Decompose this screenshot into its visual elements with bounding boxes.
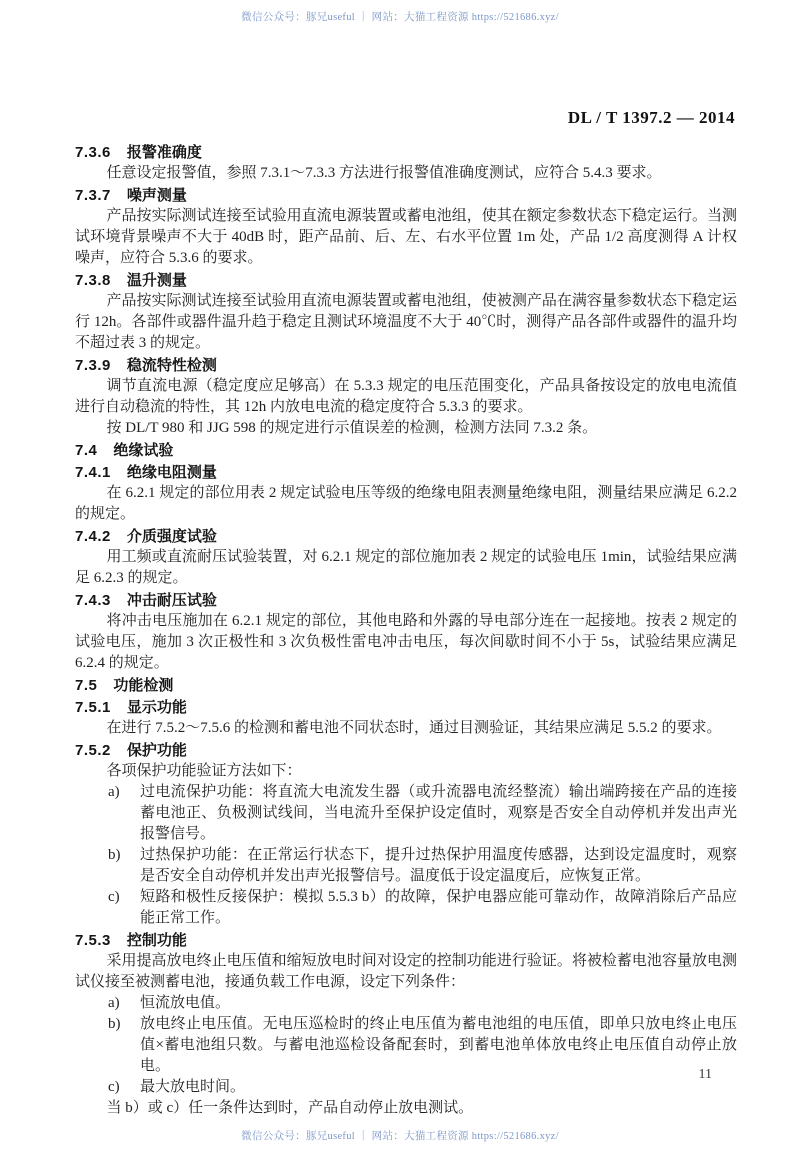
list-item-label: c) xyxy=(108,887,120,908)
section-number: 7.4.1 xyxy=(75,464,111,481)
list-item-label: b) xyxy=(108,845,121,866)
list-item-text: 最大放电时间。 xyxy=(140,1079,245,1095)
document-body: 7.3.6报警准确度任意设定报警值，参照 7.3.1～7.3.3 方法进行报警值… xyxy=(75,141,737,1119)
paragraph: 在进行 7.5.2～7.5.6 的检测和蓄电池不同状态时，通过目测验证，其结果应… xyxy=(75,718,737,739)
section-heading: 7.5功能检测 xyxy=(75,674,737,696)
section-number: 7.5.1 xyxy=(75,699,111,716)
section-title: 温升测量 xyxy=(127,272,187,289)
list-item: b)过热保护功能：在正常运行状态下，提升过热保护用温度传感器，达到设定温度时，观… xyxy=(75,845,737,887)
section-number: 7.4.3 xyxy=(75,592,111,609)
paragraph: 产品按实际测试连接至试验用直流电源装置或蓄电池组，使其在额定参数状态下稳定运行。… xyxy=(75,206,737,269)
paragraph: 在 6.2.1 规定的部位用表 2 规定试验电压等级的绝缘电阻表测量绝缘电阻，测… xyxy=(75,483,737,525)
paragraph: 任意设定报警值，参照 7.3.1～7.3.3 方法进行报警值准确度测试，应符合 … xyxy=(75,163,737,184)
section-title: 报警准确度 xyxy=(127,144,202,161)
list-item: a)过电流保护功能：将直流大电流发生器（或升流器电流经整流）输出端跨接在产品的连… xyxy=(75,782,737,845)
section-number: 7.4 xyxy=(75,442,97,459)
paragraph: 各项保护功能验证方法如下： xyxy=(75,761,737,782)
list-item-text: 短路和极性反接保护：模拟 5.5.3 b）的故障，保护电器应能可靠动作，故障消除… xyxy=(140,889,737,926)
section-title: 噪声测量 xyxy=(127,187,187,204)
list-item-text: 过热保护功能：在正常运行状态下，提升过热保护用温度传感器，达到设定温度时，观察是… xyxy=(140,847,737,884)
section-title: 绝缘试验 xyxy=(113,442,173,459)
list-item-text: 放电终止电压值。无电压巡检时的终止电压值为蓄电池组的电压值，即单只放电终止电压值… xyxy=(140,1016,737,1074)
section-title: 绝缘电阻测量 xyxy=(127,464,217,481)
list-item-label: b) xyxy=(108,1014,121,1035)
paragraph: 调节直流电源（稳定度应足够高）在 5.3.3 规定的电压范围变化，产品具备按设定… xyxy=(75,376,737,418)
section-number: 7.3.8 xyxy=(75,272,111,289)
section-heading: 7.4.1绝缘电阻测量 xyxy=(75,461,737,483)
section-number: 7.4.2 xyxy=(75,528,111,545)
list-item: c)短路和极性反接保护：模拟 5.5.3 b）的故障，保护电器应能可靠动作，故障… xyxy=(75,887,737,929)
section-title: 保护功能 xyxy=(127,742,187,759)
section-number: 7.3.7 xyxy=(75,187,111,204)
section-heading: 7.5.1显示功能 xyxy=(75,696,737,718)
paragraph: 产品按实际测试连接至试验用直流电源装置或蓄电池组，使被测产品在满容量参数状态下稳… xyxy=(75,291,737,354)
paragraph: 采用提高放电终止电压值和缩短放电时间对设定的控制功能进行验证。将被检蓄电池容量放… xyxy=(75,951,737,993)
list-item-text: 过电流保护功能：将直流大电流发生器（或升流器电流经整流）输出端跨接在产品的连接蓄… xyxy=(140,784,737,842)
list-item-label: a) xyxy=(108,993,120,1014)
paragraph: 按 DL/T 980 和 JJG 598 的规定进行示值误差的检测，检测方法同 … xyxy=(75,418,737,439)
section-heading: 7.3.9稳流特性检测 xyxy=(75,354,737,376)
paragraph: 当 b）或 c）任一条件达到时，产品自动停止放电测试。 xyxy=(75,1098,737,1119)
section-number: 7.5.2 xyxy=(75,742,111,759)
section-title: 显示功能 xyxy=(127,699,187,716)
watermark-bottom: 微信公众号：豚兄useful ｜ 网站：大猫工程资源 https://52168… xyxy=(0,1128,800,1143)
list-item-label: c) xyxy=(108,1077,120,1098)
section-heading: 7.3.7噪声测量 xyxy=(75,184,737,206)
paragraph: 用工频或直流耐压试验装置，对 6.2.1 规定的部位施加表 2 规定的试验电压 … xyxy=(75,547,737,589)
list-item: b)放电终止电压值。无电压巡检时的终止电压值为蓄电池组的电压值，即单只放电终止电… xyxy=(75,1014,737,1077)
watermark-top: 微信公众号：豚兄useful ｜ 网站：大猫工程资源 https://52168… xyxy=(0,9,800,24)
section-number: 7.5.3 xyxy=(75,932,111,949)
section-heading: 7.4绝缘试验 xyxy=(75,439,737,461)
section-number: 7.3.6 xyxy=(75,144,111,161)
section-title: 控制功能 xyxy=(127,932,187,949)
list-item-label: a) xyxy=(108,782,120,803)
list-item: c)最大放电时间。 xyxy=(75,1077,737,1098)
section-title: 稳流特性检测 xyxy=(127,357,217,374)
doc-code: DL / T 1397.2 — 2014 xyxy=(75,108,735,128)
section-number: 7.3.9 xyxy=(75,357,111,374)
section-heading: 7.4.2介质强度试验 xyxy=(75,525,737,547)
section-title: 功能检测 xyxy=(113,677,173,694)
section-heading: 7.5.3控制功能 xyxy=(75,929,737,951)
section-heading: 7.5.2保护功能 xyxy=(75,739,737,761)
list-item: a)恒流放电值。 xyxy=(75,993,737,1014)
section-heading: 7.4.3冲击耐压试验 xyxy=(75,589,737,611)
paragraph: 将冲击电压施加在 6.2.1 规定的部位，其他电路和外露的导电部分连在一起接地。… xyxy=(75,611,737,674)
section-heading: 7.3.6报警准确度 xyxy=(75,141,737,163)
section-title: 介质强度试验 xyxy=(127,528,217,545)
section-heading: 7.3.8温升测量 xyxy=(75,269,737,291)
section-title: 冲击耐压试验 xyxy=(127,592,217,609)
section-number: 7.5 xyxy=(75,677,97,694)
list-item-text: 恒流放电值。 xyxy=(140,995,230,1011)
page-number: 11 xyxy=(699,1067,712,1083)
